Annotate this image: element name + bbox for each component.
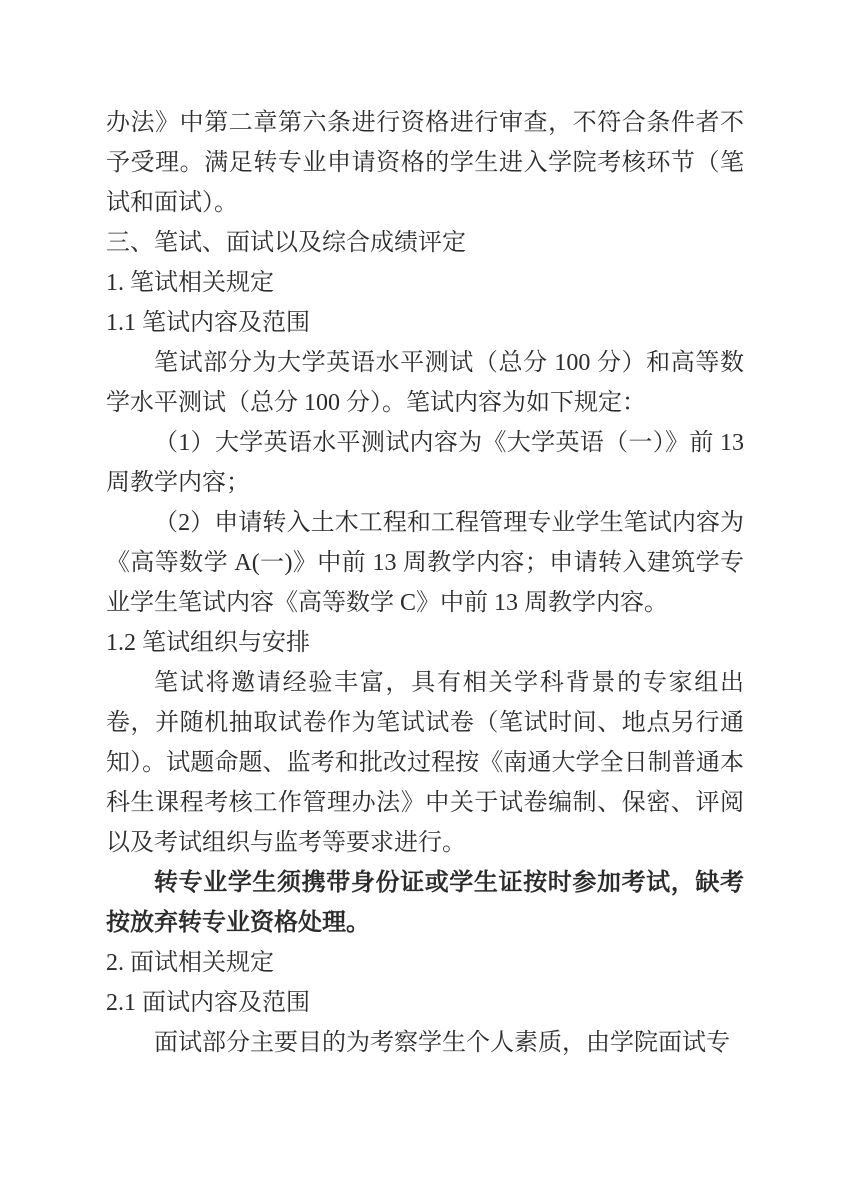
heading-written-test-rules: 1. 笔试相关规定 [106, 263, 744, 303]
document-page: 办法》中第二章第六条进行资格进行审查，不符合条件者不予受理。满足转专业申请资格的… [0, 0, 848, 1200]
document-content: 办法》中第二章第六条进行资格进行审查，不符合条件者不予受理。满足转专业申请资格的… [106, 103, 744, 1063]
paragraph-eligibility-review: 办法》中第二章第六条进行资格进行审查，不符合条件者不予受理。满足转专业申请资格的… [106, 103, 744, 223]
paragraph-interview-purpose: 面试部分主要目的为考察学生个人素质，由学院面试专 [106, 1023, 744, 1063]
paragraph-id-requirement-bold: 转专业学生须携带身份证或学生证按时参加考试，缺考按放弃转专业资格处理。 [106, 863, 744, 943]
paragraph-english-test-content: （1）大学英语水平测试内容为《大学英语（一）》前 13 周教学内容； [106, 423, 744, 503]
heading-written-test-scope: 1.1 笔试内容及范围 [106, 303, 744, 343]
paragraph-written-test-parts: 笔试部分为大学英语水平测试（总分 100 分）和高等数学水平测试（总分 100 … [106, 343, 744, 423]
paragraph-test-paper-preparation: 笔试将邀请经验丰富，具有相关学科背景的专家组出卷，并随机抽取试卷作为笔试试卷（笔… [106, 663, 744, 863]
section-heading-three: 三、笔试、面试以及综合成绩评定 [106, 223, 744, 263]
heading-interview-scope: 2.1 面试内容及范围 [106, 983, 744, 1023]
paragraph-math-test-content: （2）申请转入土木工程和工程管理专业学生笔试内容为《高等数学 A(一)》中前 1… [106, 503, 744, 623]
heading-written-test-organization: 1.2 笔试组织与安排 [106, 623, 744, 663]
heading-interview-rules: 2. 面试相关规定 [106, 943, 744, 983]
